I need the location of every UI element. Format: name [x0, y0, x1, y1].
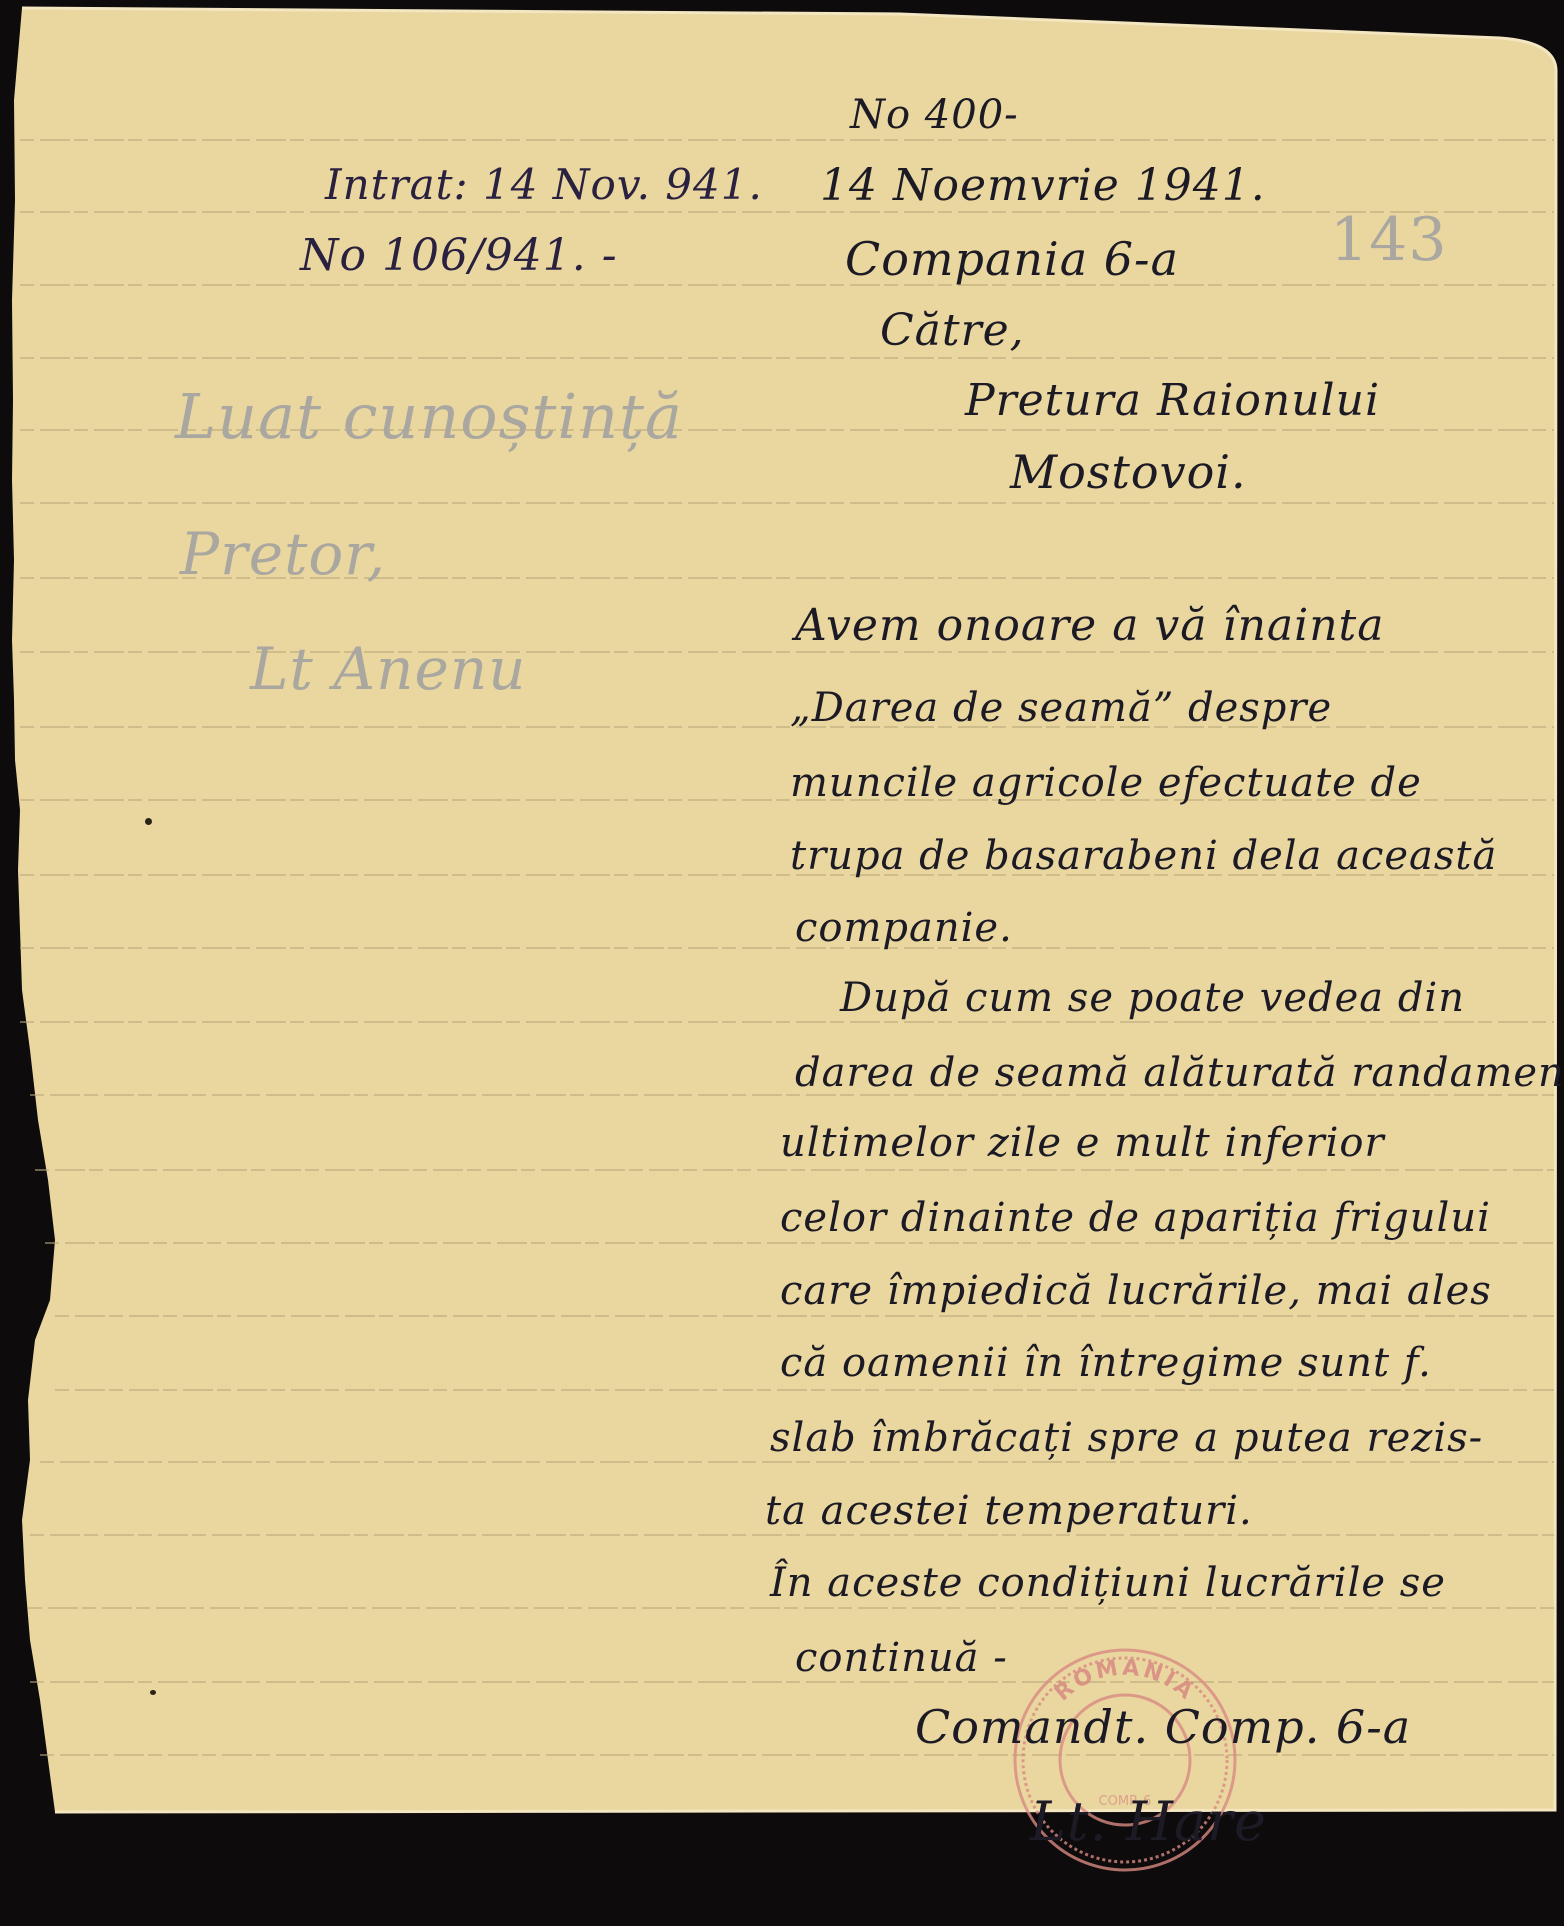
sender-unit: Compania 6-a: [845, 232, 1179, 286]
body-line-3: muncile agricole efectuate de: [790, 760, 1422, 806]
closing-signature: Lt. Hare: [1030, 1790, 1267, 1853]
body-line-6: După cum se poate vedea din: [840, 975, 1465, 1021]
body-line-7: darea de seamă alăturată randamentul: [795, 1050, 1564, 1096]
body-line-14: În aceste condițiuni lucrările se: [770, 1560, 1446, 1606]
registration-entered: Intrat: 14 Nov. 941.: [325, 160, 763, 209]
body-line-5: companie.: [795, 905, 1013, 951]
paper-sheet: [0, 0, 1564, 1926]
paper-shape: [12, 8, 1556, 1812]
body-line-10: care împiedică lucrările, mai ales: [780, 1268, 1492, 1314]
body-line-2: „Darea de seamă” despre: [790, 685, 1332, 731]
registration-number: No 106/941. -: [300, 230, 618, 281]
body-line-9: celor dinainte de apariția frigului: [780, 1195, 1491, 1241]
pencil-note-signature: Lt Anenu: [250, 635, 527, 703]
closing-title: Comandt. Comp. 6-a: [915, 1700, 1411, 1754]
outgoing-number: No 400-: [850, 92, 1019, 138]
letter-date: 14 Noemvrie 1941.: [820, 160, 1266, 211]
body-line-8: ultimelor zile e mult inferior: [780, 1120, 1385, 1166]
pencil-note-pretor: Pretor,: [180, 520, 386, 588]
body-line-4: trupa de basarabeni dela această: [790, 833, 1497, 879]
body-line-13: ta acestei temperaturi.: [765, 1488, 1253, 1534]
body-line-1: Avem onoare a vă înainta: [795, 600, 1384, 651]
ink-blot: [150, 1690, 156, 1695]
body-line-11: că oamenii în întregime sunt f.: [780, 1340, 1432, 1386]
body-line-12: slab îmbrăcați spre a putea rezis-: [770, 1415, 1483, 1461]
recipient-place: Mostovoi.: [1010, 445, 1247, 499]
archive-folio-number: 143: [1330, 205, 1448, 275]
ink-blot: [145, 818, 152, 825]
recipient-to: Către,: [880, 305, 1025, 356]
pencil-note-acknowledged: Luat cunoștință: [175, 380, 683, 453]
recipient-office: Pretura Raionului: [965, 375, 1380, 426]
body-line-15: continuă -: [795, 1635, 1008, 1681]
